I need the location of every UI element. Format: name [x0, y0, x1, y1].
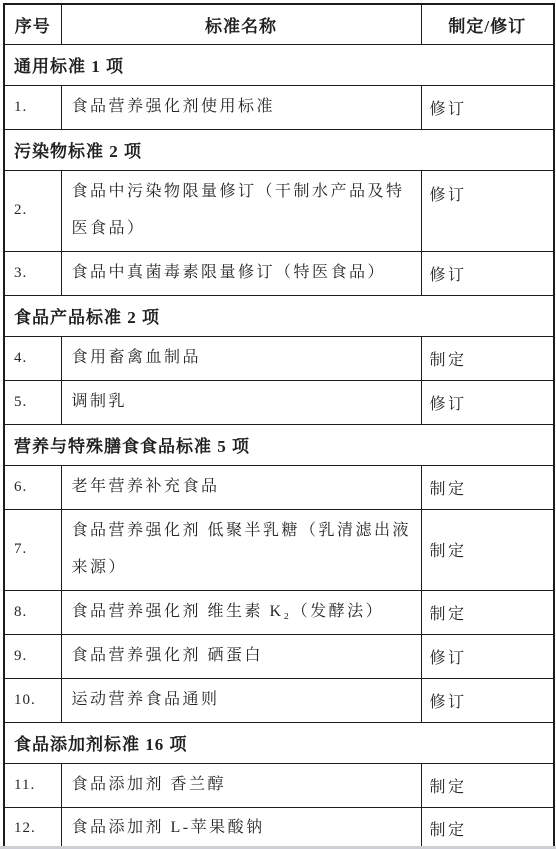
cell-name: 食品中污染物限量修订（干制水产品及特医食品） [61, 170, 421, 251]
cell-name: 老年营养补充食品 [61, 465, 421, 509]
cell-serial: 11. [4, 763, 61, 807]
cell-action: 制定 [421, 807, 554, 849]
table-row: 8. 食品营养强化剂 维生素 K₂（发酵法） 制定 [4, 590, 554, 634]
table-row: 9. 食品营养强化剂 硒蛋白 修订 [4, 634, 554, 678]
column-header-name: 标准名称 [61, 4, 421, 44]
cell-serial: 4. [4, 336, 61, 380]
cell-action: 制定 [421, 763, 554, 807]
table-row: 11. 食品添加剂 香兰醇 制定 [4, 763, 554, 807]
table-row: 10. 运动营养食品通则 修订 [4, 678, 554, 722]
table-row: 2. 食品中污染物限量修订（干制水产品及特医食品） 修订 [4, 170, 554, 251]
cell-name: 食品营养强化剂使用标准 [61, 85, 421, 129]
section-title: 通用标准 1 项 [4, 44, 554, 85]
section-row-additives: 食品添加剂标准 16 项 [4, 722, 554, 763]
table-header-row: 序号 标准名称 制定/修订 [4, 4, 554, 44]
section-row-nutrition: 营养与特殊膳食食品标准 5 项 [4, 424, 554, 465]
cell-action: 修订 [421, 634, 554, 678]
document-page: 序号 标准名称 制定/修订 通用标准 1 项 1. 食品营养强化剂使用标准 修订… [0, 0, 556, 849]
cell-serial: 9. [4, 634, 61, 678]
cell-serial: 10. [4, 678, 61, 722]
cell-serial: 7. [4, 509, 61, 590]
cell-name: 食品添加剂 香兰醇 [61, 763, 421, 807]
table-row: 6. 老年营养补充食品 制定 [4, 465, 554, 509]
cell-name: 食用畜禽血制品 [61, 336, 421, 380]
table-row: 4. 食用畜禽血制品 制定 [4, 336, 554, 380]
cell-action: 制定 [421, 590, 554, 634]
cell-serial: 2. [4, 170, 61, 251]
cell-serial: 8. [4, 590, 61, 634]
section-title: 食品添加剂标准 16 项 [4, 722, 554, 763]
table-row: 12. 食品添加剂 L-苹果酸钠 制定 [4, 807, 554, 849]
cell-serial: 12. [4, 807, 61, 849]
cell-serial: 3. [4, 251, 61, 295]
section-title: 营养与特殊膳食食品标准 5 项 [4, 424, 554, 465]
standards-table: 序号 标准名称 制定/修订 通用标准 1 项 1. 食品营养强化剂使用标准 修订… [3, 3, 555, 849]
cell-serial: 6. [4, 465, 61, 509]
cell-action: 制定 [421, 336, 554, 380]
section-title: 食品产品标准 2 项 [4, 295, 554, 336]
cell-action: 修订 [421, 380, 554, 424]
cell-action: 修订 [421, 170, 554, 251]
section-row-contaminants: 污染物标准 2 项 [4, 129, 554, 170]
column-header-serial: 序号 [4, 4, 61, 44]
table-row: 3. 食品中真菌毒素限量修订（特医食品） 修订 [4, 251, 554, 295]
cell-action: 修订 [421, 678, 554, 722]
table-row: 7. 食品营养强化剂 低聚半乳糖（乳清滤出液来源） 制定 [4, 509, 554, 590]
cell-name: 调制乳 [61, 380, 421, 424]
cell-action: 修订 [421, 85, 554, 129]
table-row: 1. 食品营养强化剂使用标准 修订 [4, 85, 554, 129]
cell-serial: 5. [4, 380, 61, 424]
table-row: 5. 调制乳 修订 [4, 380, 554, 424]
section-title: 污染物标准 2 项 [4, 129, 554, 170]
cell-name: 食品添加剂 L-苹果酸钠 [61, 807, 421, 849]
cell-action: 制定 [421, 509, 554, 590]
section-row-general: 通用标准 1 项 [4, 44, 554, 85]
column-header-action: 制定/修订 [421, 4, 554, 44]
cell-name: 运动营养食品通则 [61, 678, 421, 722]
cell-serial: 1. [4, 85, 61, 129]
cell-name: 食品营养强化剂 低聚半乳糖（乳清滤出液来源） [61, 509, 421, 590]
cell-name: 食品中真菌毒素限量修订（特医食品） [61, 251, 421, 295]
section-row-food-products: 食品产品标准 2 项 [4, 295, 554, 336]
cell-name: 食品营养强化剂 维生素 K₂（发酵法） [61, 590, 421, 634]
cell-action: 制定 [421, 465, 554, 509]
cell-action: 修订 [421, 251, 554, 295]
cell-name: 食品营养强化剂 硒蛋白 [61, 634, 421, 678]
